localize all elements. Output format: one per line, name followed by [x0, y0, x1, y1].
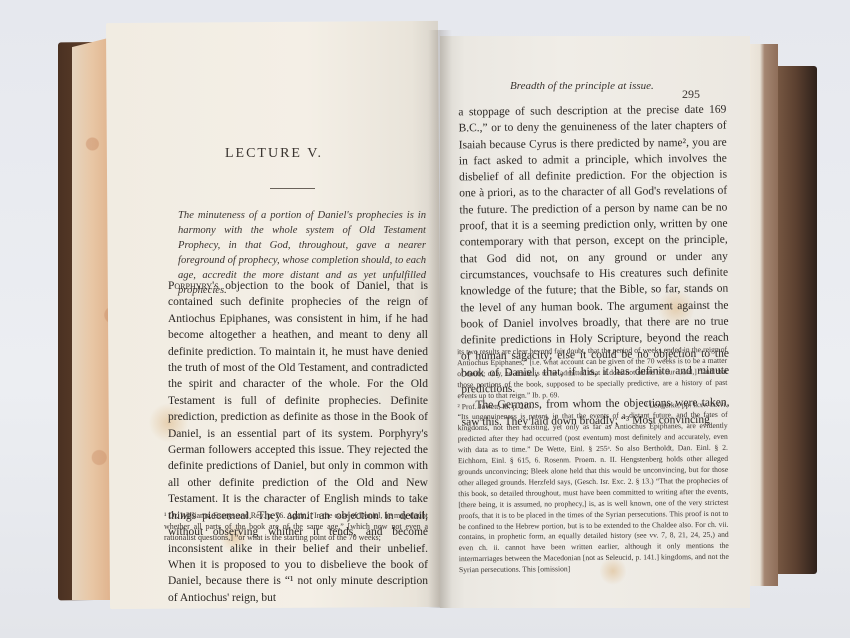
body-lead-word: Porphyry's — [168, 280, 219, 292]
footnote-3: “Its ungenuineness is patent, in that th… — [458, 410, 729, 576]
lecture-title: LECTURE V. — [108, 146, 440, 162]
page-edges-right — [748, 44, 778, 586]
running-head: Breadth of the principle at issue. — [510, 80, 654, 92]
left-page-body: Porphyry's objection to the book of Dani… — [168, 278, 428, 606]
footnote-2: ² Prof. Jowett, Ib. p. 213. — [457, 401, 533, 413]
page-number: 295 — [682, 87, 700, 102]
title-divider — [270, 188, 315, 189]
book-gutter — [428, 30, 452, 608]
right-page-footnotes: its two results are clear beyond fair do… — [457, 345, 729, 576]
footnote-continuation: its two results are clear beyond fair do… — [457, 345, 727, 402]
left-page-footnote: ¹ Dr. Williams, Essays and Rev. p. 76. A… — [164, 510, 428, 543]
footnote-3-ref: ³ Lengerke, pp. lxxv. lxxvi. — [645, 399, 727, 411]
book-cover-right — [775, 66, 817, 574]
body-text: objection to the book of Daniel, that is… — [168, 280, 428, 604]
